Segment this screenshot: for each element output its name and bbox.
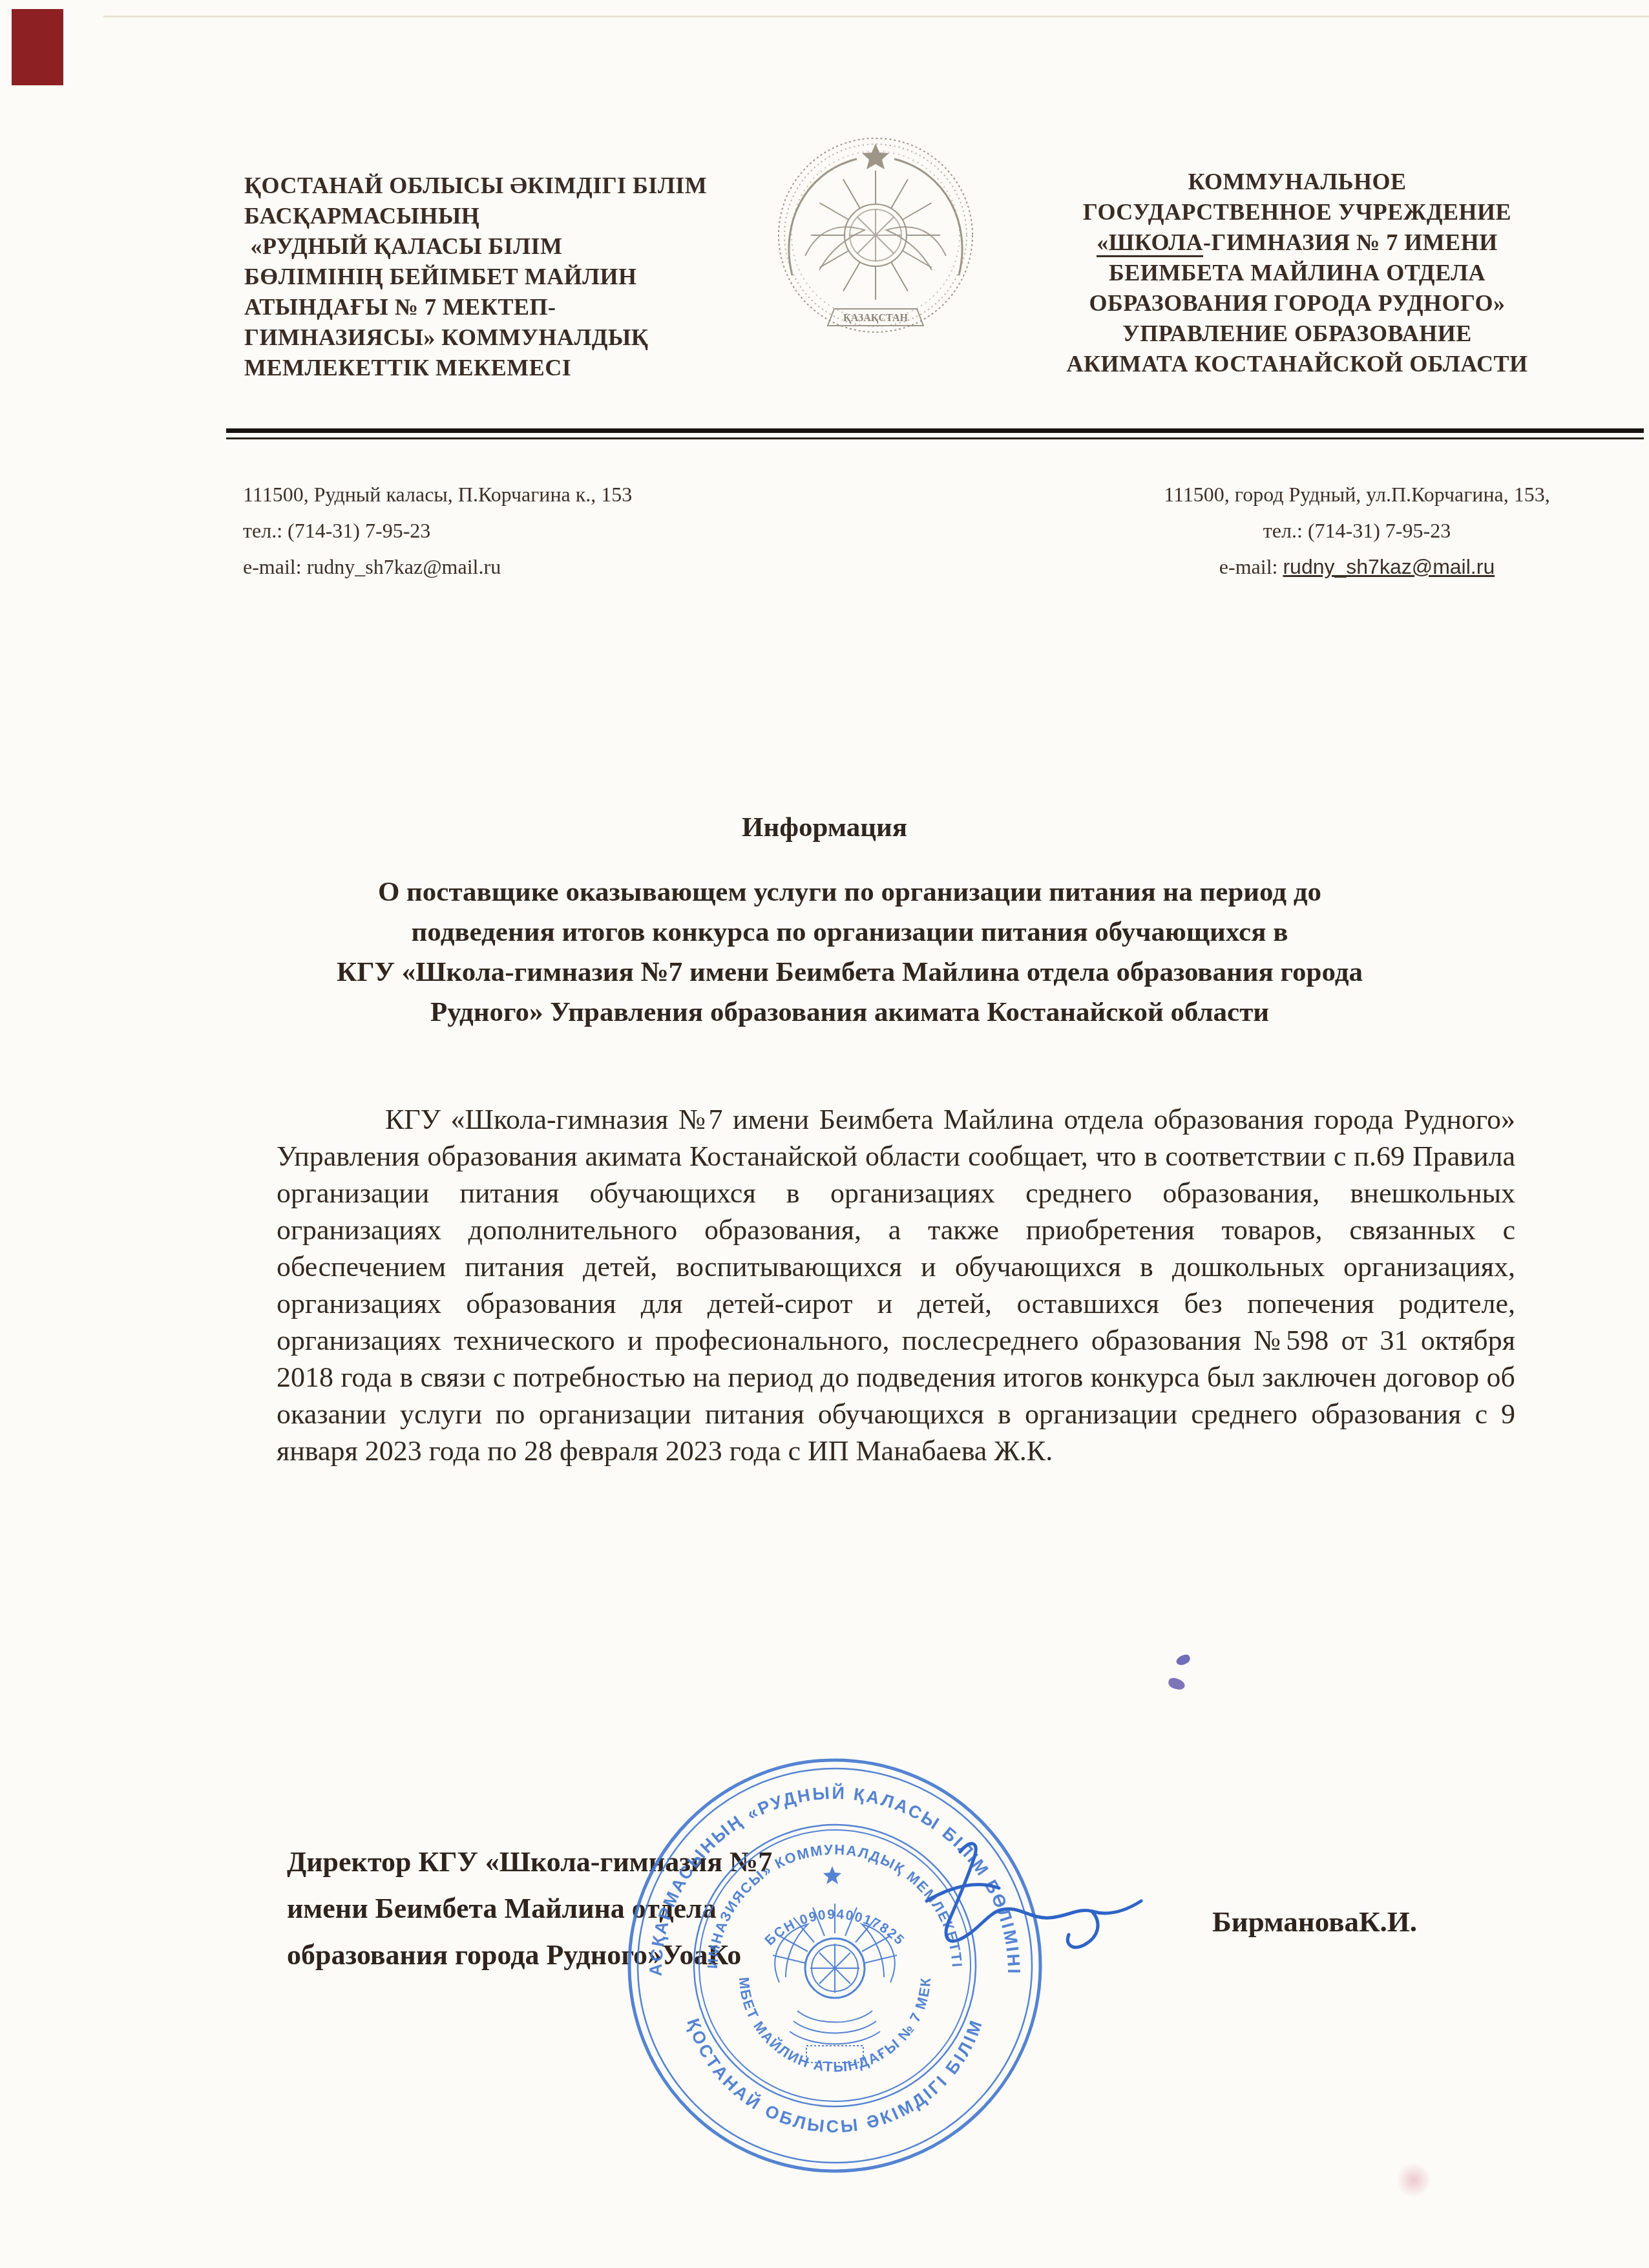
stamp-outer-bottom-text: ҚОСТАНАЙ ОБЛЫСЫ ӘКІМДІГІ БІЛІМ — [683, 2016, 986, 2136]
org-name-kazakh: ҚОСТАНАЙ ОБЛЫСЫ ӘКІМДІГІ БІЛІМ БАСҚАРМАС… — [244, 171, 793, 383]
scan-corner-mark — [12, 9, 63, 85]
org-name-russian: КОММУНАЛЬНОЕ ГОСУДАРСТВЕННОЕ УЧРЕЖДЕНИЕ … — [995, 167, 1599, 379]
address-line: 111500, город Рудный, ул.П.Корчагина, 15… — [1073, 476, 1641, 512]
org-left-line: «РУДНЫЙ ҚАЛАСЫ БІЛІМ — [244, 231, 793, 262]
pink-smudge — [1397, 2162, 1431, 2198]
org-left-line: МЕМЛЕКЕТТІК МЕКЕМЕСІ — [244, 353, 793, 383]
org-right-line: ГОСУДАРСТВЕННОЕ УЧРЕЖДЕНИЕ — [995, 197, 1599, 227]
handwritten-signature — [898, 1834, 1170, 2018]
emblem-banner-text: ҚАЗАҚСТАН — [843, 313, 908, 324]
org-right-line: БЕИМБЕТА МАЙЛИНА ОТДЕЛА — [995, 258, 1599, 288]
org-left-line: БӨЛІМІНІҢ БЕЙІМБЕТ МАЙЛИН — [244, 262, 793, 292]
org-right-line: «ШКОЛА-ГИМНАЗИЯ № 7 ИМЕНИ — [995, 227, 1599, 258]
phone-line: тел.: (714-31) 7-95-23 — [243, 512, 824, 549]
scanned-letter-page: ҚОСТАНАЙ ОБЛЫСЫ ӘКІМДІГІ БІЛІМ БАСҚАРМАС… — [0, 0, 1649, 2268]
signatory-name: БирмановаК.И. — [1212, 1905, 1417, 1938]
phone-line: тел.: (714-31) 7-95-23 — [1073, 512, 1641, 549]
scan-edge-line — [103, 16, 1649, 17]
document-body-paragraph: КГУ «Школа-гимназия №7 имени Беимбета Ма… — [277, 1101, 1515, 1469]
org-left-line: АТЫНДАҒЫ № 7 МЕКТЕП- — [244, 292, 793, 322]
org-right-line: УПРАВЛЕНИЕ ОБРАЗОВАНИЕ — [995, 319, 1599, 349]
subject-line: О поставщике оказывающем услуги по орган… — [233, 872, 1467, 912]
subject-line: КГУ «Школа-гимназия №7 имени Беимбета Ма… — [233, 952, 1467, 992]
letterhead-rule-thick — [226, 428, 1644, 433]
address-block-kazakh: 111500, Рудный каласы, П.Корчагина к., 1… — [243, 476, 824, 585]
ink-speck — [1167, 1677, 1186, 1691]
underlined-school-word: «ШКОЛА — [1097, 229, 1203, 257]
document-subject: О поставщике оказывающем услуги по орган… — [233, 872, 1467, 1033]
kazakhstan-emblem-icon: ҚАЗАҚСТАН — [766, 133, 985, 344]
org-right-line: АКИМАТА КОСТАНАЙСКОЙ ОБЛАСТИ — [995, 349, 1599, 379]
subject-line: Рудного» Управления образования акимата … — [233, 992, 1467, 1033]
org-left-line: ГИМНАЗИЯСЫ» КОММУНАЛДЫҚ — [244, 322, 793, 353]
ink-speck — [1175, 1654, 1191, 1667]
svg-text:ҚОСТАНАЙ ОБЛЫСЫ ӘКІМДІГІ БІЛІМ: ҚОСТАНАЙ ОБЛЫСЫ ӘКІМДІГІ БІЛІМ — [683, 2016, 986, 2136]
address-block-russian: 111500, город Рудный, ул.П.Корчагина, 15… — [1073, 476, 1641, 585]
document-title: Информация — [0, 812, 1649, 843]
org-right-line: КОММУНАЛЬНОЕ — [995, 167, 1599, 197]
email-address: rudny_sh7kaz@mail.ru — [1283, 555, 1495, 578]
org-right-line: ОБРАЗОВАНИЯ ГОРОДА РУДНОГО» — [995, 288, 1599, 319]
org-left-line: БАСҚАРМАСЫНЫҢ — [244, 201, 793, 231]
address-line: 111500, Рудный каласы, П.Корчагина к., 1… — [243, 476, 824, 512]
email-line: e-mail: rudny_sh7kaz@mail.ru — [1073, 549, 1641, 585]
subject-line: подведения итогов конкурса по организаци… — [233, 912, 1467, 952]
org-left-line: ҚОСТАНАЙ ОБЛЫСЫ ӘКІМДІГІ БІЛІМ — [244, 171, 793, 201]
letterhead-rule-thin — [226, 437, 1644, 439]
email-line: e-mail: rudny_sh7kaz@mail.ru — [243, 549, 824, 585]
